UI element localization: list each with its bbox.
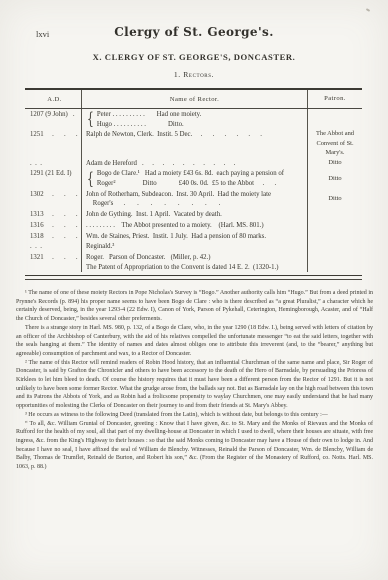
name-line: Roger. Parson of Doncaster. (Miller, p. … (86, 253, 279, 263)
name-lines: Ralph de Newton, Clerk. Instit. 5 Dec. .… (86, 130, 262, 140)
ad-cell: 1291 (21 Ed. I) (25, 168, 81, 188)
table-row: . . .Adam de Hereford . . . . . . . . . … (25, 158, 362, 169)
scan-speck (366, 8, 370, 12)
ad-cell: 1251 . . . (25, 129, 81, 157)
header-name-of-rector: Name of Rector. (81, 90, 308, 108)
patron-cell: The Abbot and Convent of St. Mary's. (308, 129, 362, 157)
ad-cell: 1316 . . . (25, 220, 81, 231)
header-ad: A.D. (25, 90, 81, 108)
name-cell: John of Rotherham, Subdeacon. Inst. 30 A… (81, 189, 308, 209)
ad-cell: . . . (25, 241, 81, 252)
name-lines: Reginald.³ (86, 242, 114, 252)
footnote-paragraph: ³ He occurs as witness to the following … (16, 411, 373, 420)
name-line: Peter . . . . . . . . . . Had one moiety… (97, 110, 202, 120)
name-lines: Wm. de Staines, Priest. Instit. 1 July. … (86, 232, 266, 242)
patron-cell: Ditto (308, 158, 362, 169)
table-row: 1318 . . .Wm. de Staines, Priest. Instit… (25, 231, 362, 242)
table-row: 1313 . . .John de Gything. Inst. 1 April… (25, 209, 362, 220)
ad-cell: 1302 . . . (25, 189, 81, 209)
name-line: Hugo . . . . . . . . . . Ditto. (97, 120, 202, 130)
footnotes: ¹ The name of one of these moiety Rector… (16, 289, 373, 472)
table-bottom-rule (25, 275, 362, 280)
brace-glyph: { (87, 170, 94, 189)
footnote-paragraph: ¹ The name of one of these moiety Rector… (16, 289, 373, 324)
name-cell: Adam de Hereford . . . . . . . . . . (81, 158, 308, 169)
footnote-paragraph: “ To all, &c. William Gruntal of Doncast… (16, 420, 373, 472)
name-lines: Peter . . . . . . . . . . Had one moiety… (97, 110, 202, 129)
section-heading: X. CLERGY OF ST. GEORGE'S, DONCASTER. (0, 52, 388, 62)
rectors-table: A.D. Name of Rector. Patron. 1207 (9 Joh… (25, 88, 362, 280)
name-line: John de Gything. Inst. 1 April. Vacated … (86, 210, 222, 220)
table-row: 1302 . . .John of Rotherham, Subdeacon. … (25, 189, 362, 209)
footnote-paragraph: There is a strange story in Harl. MS. 98… (16, 324, 373, 359)
ad-cell: 1321 . . . (25, 252, 81, 272)
ad-cell: 1313 . . . (25, 209, 81, 220)
table-row: 1321 . . .Roger. Parson of Doncaster. (M… (25, 252, 362, 272)
patron-cell (308, 109, 362, 129)
name-line: Ralph de Newton, Clerk. Instit. 5 Dec. .… (86, 130, 262, 140)
table-row: 1251 . . .Ralph de Newton, Clerk. Instit… (25, 129, 362, 157)
table-body: 1207 (9 John) .{Peter . . . . . . . . . … (25, 109, 362, 272)
name-cell: Roger. Parson of Doncaster. (Miller, p. … (81, 252, 308, 272)
name-lines: John de Gything. Inst. 1 April. Vacated … (86, 210, 222, 220)
name-line: Reginald.³ (86, 242, 114, 252)
name-line: The Patent of Appropriation to the Conve… (86, 263, 279, 273)
name-line: . . . . . . . . . The Abbot presented to… (86, 221, 264, 231)
name-line: Wm. de Staines, Priest. Instit. 1 July. … (86, 232, 266, 242)
ad-cell: . . . (25, 158, 81, 169)
table-row: 1316 . . .. . . . . . . . . The Abbot pr… (25, 220, 362, 231)
patron-cell (308, 241, 362, 252)
patron-cell (308, 220, 362, 231)
scanned-book-page: lxvi Clergy of St. George's. X. CLERGY O… (0, 0, 388, 580)
table-row: 1207 (9 John) .{Peter . . . . . . . . . … (25, 109, 362, 129)
header-patron: Patron. (308, 90, 362, 108)
name-line: Roger² Ditto £40 0s. 0d. £5 to the Abbot… (97, 179, 284, 189)
footnote-paragraph: ² The name of this Rector will remind re… (16, 359, 373, 411)
ad-cell: 1318 . . . (25, 231, 81, 242)
name-line: Adam de Hereford . . . . . . . . . . (86, 159, 236, 169)
ad-cell: 1207 (9 John) . (25, 109, 81, 129)
patron-cell (308, 231, 362, 242)
table-header-row: A.D. Name of Rector. Patron. (25, 90, 362, 109)
patron-cell: Ditto (308, 168, 362, 188)
patron-cell: Ditto (308, 189, 362, 209)
name-cell: {Peter . . . . . . . . . . Had one moiet… (81, 109, 308, 129)
table-row: 1291 (21 Ed. I){Bogo de Clare.¹ Had a mo… (25, 168, 362, 188)
patron-cell (308, 252, 362, 272)
name-lines: Adam de Hereford . . . . . . . . . . (86, 159, 236, 169)
name-cell: . . . . . . . . . The Abbot presented to… (81, 220, 308, 231)
name-line: John of Rotherham, Subdeacon. Inst. 30 A… (86, 190, 271, 200)
name-cell: John de Gything. Inst. 1 April. Vacated … (81, 209, 308, 220)
name-lines: John of Rotherham, Subdeacon. Inst. 30 A… (86, 190, 271, 209)
name-cell: Ralph de Newton, Clerk. Instit. 5 Dec. .… (81, 129, 308, 157)
name-line: Bogo de Clare.¹ Had a moiety £43 6s. 8d.… (97, 169, 284, 179)
name-lines: Bogo de Clare.¹ Had a moiety £43 6s. 8d.… (97, 169, 284, 188)
name-cell: Reginald.³ (81, 241, 308, 252)
name-line: Roger's . . . . . . . . (86, 199, 271, 209)
table-row: . . .Reginald.³ (25, 241, 362, 252)
brace-glyph: { (87, 110, 94, 129)
name-cell: Wm. de Staines, Priest. Instit. 1 July. … (81, 231, 308, 242)
name-lines: Roger. Parson of Doncaster. (Miller, p. … (86, 253, 279, 272)
sub-heading: 1. Rectors. (0, 70, 388, 79)
patron-cell (308, 209, 362, 220)
name-cell: {Bogo de Clare.¹ Had a moiety £43 6s. 8d… (81, 168, 308, 188)
name-lines: . . . . . . . . . The Abbot presented to… (86, 221, 264, 231)
running-head: Clergy of St. George's. (0, 25, 388, 39)
